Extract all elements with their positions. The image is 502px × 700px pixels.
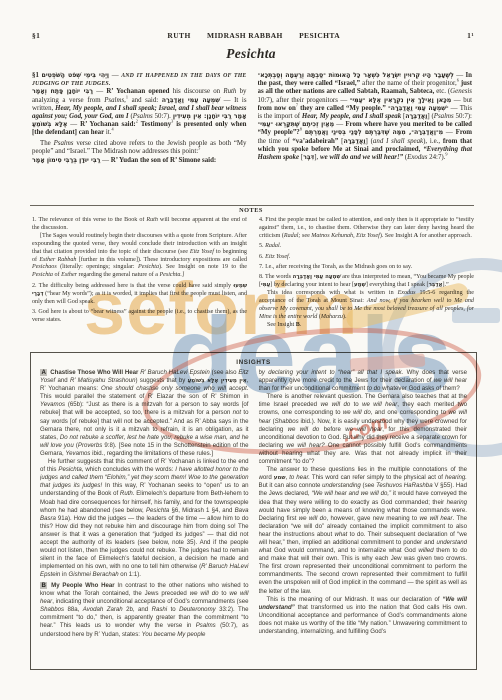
- header-book: RUTH: [167, 31, 190, 40]
- paragraph: See Insight B.: [259, 322, 474, 330]
- paragraph: The Psalms verse cited above refers to t…: [32, 140, 247, 156]
- paragraph: by declaring your intent to “hear” all t…: [259, 369, 468, 393]
- insights-label: INSIGHTS: [40, 359, 467, 366]
- insights-box: INSIGHTS A Chastise Those Who Will Hear …: [30, 352, 477, 670]
- page-title: Pesichta: [0, 46, 502, 62]
- paragraph: רַבִּי יוֹחָנָן פָּתַח וְאָמַר — R’ Yoch…: [32, 88, 247, 137]
- paragraph: 6. Eitz Yosef.: [259, 254, 474, 262]
- paragraph: 4. First the people must be called to at…: [259, 217, 474, 241]
- running-header: §1 RUTH MIDRASH RABBAH PESICHTA 1¹: [32, 31, 474, 40]
- scanned-page: §1 RUTH MIDRASH RABBAH PESICHTA 1¹ Pesic…: [0, 0, 502, 700]
- notes-right-column: 4. First the people must be called to at…: [259, 217, 474, 330]
- paragraph: He further suggests that this comment of…: [40, 458, 249, 579]
- folio-number: 1¹: [467, 31, 474, 40]
- paragraph: This idea corresponds with what is writt…: [259, 290, 474, 322]
- paragraph: §1 וַיְהִי בִּימֵי שְׁפֹט הַשֹּׁפְטִים —…: [32, 72, 247, 88]
- paragraph: 7. I.e., after receiving the Torah, as t…: [259, 264, 474, 272]
- paragraph: A Chastise Those Who Will Hear R’ Baruch…: [40, 369, 249, 458]
- insights-left-column: A Chastise Those Who Will Hear R’ Baruch…: [40, 369, 249, 657]
- paragraph: 5. Radal.: [259, 243, 474, 251]
- notes-label: NOTES: [0, 207, 502, 214]
- header-series: MIDRASH RABBAH: [207, 31, 283, 40]
- paragraph: 1. The relevance of this verse to the Bo…: [32, 217, 247, 233]
- paragraph: The answer to these questions lies in th…: [259, 466, 468, 596]
- paragraph: There is another relevant question. The …: [259, 393, 468, 466]
- notes-section: 1. The relevance of this verse to the Bo…: [32, 217, 474, 330]
- paragraph: [The Sages would routinely begin their d…: [32, 233, 247, 280]
- insights-right-column: by declaring your intent to “hear” all t…: [259, 369, 468, 657]
- paragraph: B My People Who Hear In contrast to the …: [40, 582, 249, 639]
- section-number: §1: [32, 31, 40, 40]
- paragraph: This is the meaning of our Midrash. It w…: [259, 596, 468, 636]
- header-center: RUTH MIDRASH RABBAH PESICHTA: [160, 31, 347, 40]
- paragraph: רַבִּי יוּדָן בְּרַבִּי סִימוֹן אָמַר — …: [32, 157, 247, 165]
- paragraph: 3. God here is about to “bear witness” a…: [32, 309, 247, 325]
- header-part: PESICHTA: [299, 31, 340, 40]
- notes-divider: [30, 205, 474, 206]
- main-text: §1 וַיְהִי בִּימֵי שְׁפֹט הַשֹּׁפְטִים —…: [32, 72, 472, 165]
- paragraph: לְשֶׁעָבַר הָיוּ קְרוּיִין יִשְׂרָאֵל כִ…: [258, 72, 473, 162]
- notes-left-column: 1. The relevance of this verse to the Bo…: [32, 217, 247, 330]
- insights-columns: A Chastise Those Who Will Hear R’ Baruch…: [40, 369, 467, 657]
- main-right-column: לְשֶׁעָבַר הָיוּ קְרוּיִין יִשְׂרָאֵל כִ…: [258, 72, 473, 165]
- paragraph: 2. The difficulty being addressed here i…: [32, 283, 247, 307]
- main-left-column: §1 וַיְהִי בִּימֵי שְׁפֹט הַשֹּׁפְטִים —…: [32, 72, 247, 165]
- paragraph: 8. The words שִׁמְעָה עַמִּי וַאֲדַבֵּרָ…: [259, 274, 474, 290]
